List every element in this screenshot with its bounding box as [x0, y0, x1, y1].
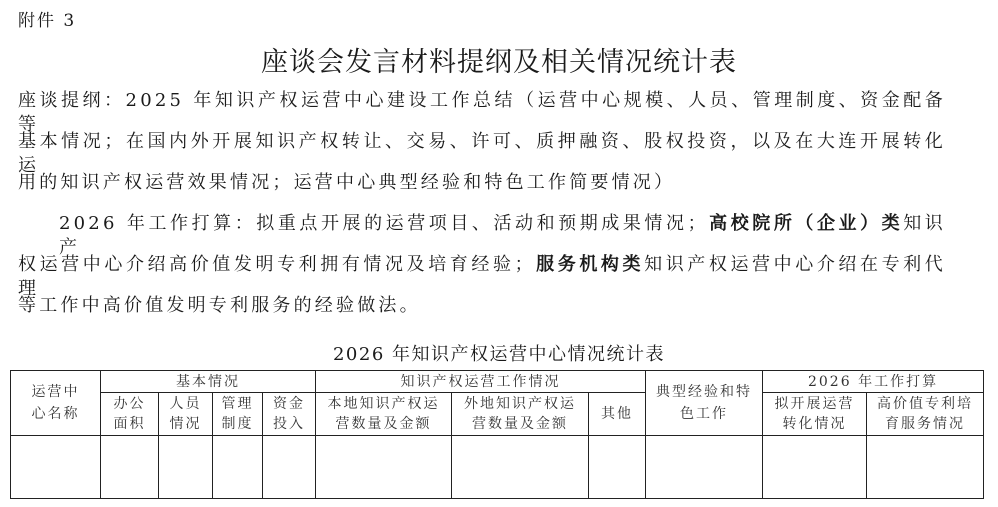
- header-center-name: 运营中心名称: [11, 371, 101, 436]
- header-ip-work: 知识产权运营工作情况: [316, 371, 646, 393]
- plan-line-1: 2026 年工作打算：拟重点开展的运营项目、活动和预期成果情况；高校院所（企业）…: [59, 212, 946, 236]
- cell-remote-ip[interactable]: [452, 436, 589, 499]
- header-typical-experience: 典型经验和特色工作: [646, 371, 763, 436]
- header-office-area-text: 办公面积: [113, 394, 147, 434]
- header-center-name-text: 运营中心名称: [26, 381, 86, 425]
- plan-line-3: 等工作中高价值发明专利服务的经验做法。: [18, 294, 421, 318]
- cell-management[interactable]: [213, 436, 263, 499]
- header-local-ip-text: 本地知识产权运营数量及金额: [323, 394, 445, 434]
- cell-center-name[interactable]: [11, 436, 101, 499]
- cell-office-area[interactable]: [101, 436, 159, 499]
- header-funding-text: 资金投入: [272, 394, 306, 434]
- header-funding: 资金投入: [263, 393, 316, 436]
- table-row: [11, 436, 984, 499]
- outline-line: 基本情况；在国内外开展知识产权转让、交易、许可、质押融资、股权投资，以及在大连开…: [18, 130, 946, 154]
- header-other: 其他: [589, 393, 646, 436]
- plan-text: 2026 年工作打算：拟重点开展的运营项目、活动和预期成果情况；: [59, 213, 709, 234]
- cell-plan-high-value[interactable]: [867, 436, 984, 499]
- cell-other[interactable]: [589, 436, 646, 499]
- header-management-text: 管理制度: [221, 394, 255, 434]
- header-plan-high-value-text: 高价值专利培育服务情况: [872, 394, 978, 434]
- header-staff: 人员情况: [159, 393, 213, 436]
- header-remote-ip: 外地知识产权运营数量及金额: [452, 393, 589, 436]
- table-caption: 2026 年知识产权运营中心情况统计表: [0, 340, 998, 366]
- header-office-area: 办公面积: [101, 393, 159, 436]
- header-plan-2026: 2026 年工作打算: [763, 371, 984, 393]
- header-basic-info: 基本情况: [101, 371, 316, 393]
- cell-staff[interactable]: [159, 436, 213, 499]
- plan-bold-category-university: 高校院所（企业）类: [709, 213, 903, 234]
- outline-line: 用的知识产权运营效果情况；运营中心典型经验和特色工作简要情况）: [18, 171, 675, 195]
- document-title: 座谈会发言材料提纲及相关情况统计表: [0, 40, 998, 79]
- header-staff-text: 人员情况: [169, 394, 203, 434]
- document-title-text: 座谈会发言材料提纲及相关情况统计表: [261, 40, 737, 79]
- cell-typical-experience[interactable]: [646, 436, 763, 499]
- header-local-ip: 本地知识产权运营数量及金额: [316, 393, 452, 436]
- cell-plan-conversion[interactable]: [763, 436, 867, 499]
- plan-bold-category-service: 服务机构类: [536, 254, 644, 275]
- plan-text: 权运营中心介绍高价值发明专利拥有情况及培育经验；: [18, 254, 536, 275]
- statistics-table: 运营中心名称 基本情况 知识产权运营工作情况 典型经验和特色工作 2026 年工…: [10, 370, 984, 499]
- attachment-label: 附件 3: [18, 6, 76, 31]
- cell-local-ip[interactable]: [316, 436, 452, 499]
- header-typical-experience-text: 典型经验和特色工作: [656, 381, 752, 425]
- header-plan-high-value: 高价值专利培育服务情况: [867, 393, 984, 436]
- header-plan-conversion: 拟开展运营转化情况: [763, 393, 867, 436]
- header-management: 管理制度: [213, 393, 263, 436]
- outline-line: 座谈提纲：2025 年知识产权运营中心建设工作总结（运营中心规模、人员、管理制度…: [18, 89, 946, 113]
- header-plan-conversion-text: 拟开展运营转化情况: [772, 394, 858, 434]
- cell-funding[interactable]: [263, 436, 316, 499]
- plan-line-2: 权运营中心介绍高价值发明专利拥有情况及培育经验；服务机构类知识产权运营中心介绍在…: [18, 253, 946, 277]
- header-remote-ip-text: 外地知识产权运营数量及金额: [459, 394, 581, 434]
